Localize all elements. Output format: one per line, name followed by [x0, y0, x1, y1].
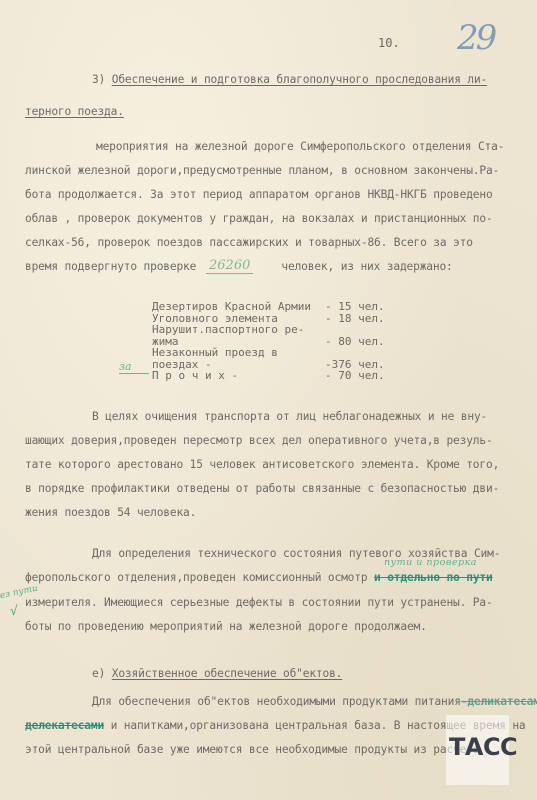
section-e-prefix: е)	[92, 667, 105, 680]
struck-text: -деликатесами	[461, 695, 537, 708]
page-number: 10.	[378, 36, 400, 50]
section-3-title-line1: Обеспечение и подготовка благополучного …	[112, 73, 487, 86]
para1-line: линской железной дороги,предусмотренные …	[25, 164, 499, 178]
para1-line: мероприятия на железной дороге Симферопо…	[96, 140, 504, 154]
para2-line: В целях очищения транспорта от лиц небла…	[92, 410, 487, 424]
para2-line: тате которого арестовано 15 человек анти…	[25, 458, 499, 472]
document-page: 10. 29 3) Обеспечение и подготовка благо…	[0, 0, 537, 800]
para1-last-after: человек, из них задержано:	[281, 260, 452, 273]
struck-text: и отдельно по пути	[374, 571, 493, 584]
para1-line: облав , проверок документов у граждан, н…	[25, 212, 493, 226]
para3-line: измерителя. Имеющиеся серьезные дефекты …	[25, 596, 493, 610]
margin-note-za: за	[119, 360, 149, 374]
para3-line2: феропольского отделения,проведен комисси…	[25, 571, 493, 585]
para1-last-before: время подвергнуто проверке	[25, 260, 196, 273]
para3-line: боты по проведению мероприятий на железн…	[25, 620, 427, 634]
section-3-heading: 3) Обеспечение и подготовка благополучно…	[92, 73, 487, 87]
para2-line: жения поездов 54 человека.	[25, 506, 196, 520]
section-e-line: Для обеспечения об"ектов необходимыми пр…	[92, 695, 537, 709]
section-3-title-line2: терного поезда.	[25, 105, 124, 119]
section-e-heading: е) Хозяйственное обеспечение об"ектов.	[92, 667, 342, 681]
para2-line: в порядке профилактики отведены от работ…	[25, 482, 499, 496]
section-3-prefix: 3)	[92, 73, 105, 86]
section-e-title: Хозяйственное обеспечение об"ектов.	[112, 667, 343, 680]
struck-text: делекатесами	[25, 719, 104, 732]
handwritten-number: 26260	[206, 258, 253, 274]
para2-line: шающих доверия,проведен пересмотр всех д…	[25, 434, 493, 448]
para1-line: селках-56, проверок поездов пассажирских…	[25, 236, 473, 250]
tass-logo: ТАСС	[449, 733, 517, 761]
handwritten-insert: пути и проверка	[384, 557, 477, 568]
check-mark-icon: √	[10, 604, 18, 619]
archive-sheet-number: 29	[457, 18, 494, 58]
para1-line: бота продолжается. За этот период аппара…	[25, 188, 493, 202]
section-e-line: этой центральной базе уже имеются все не…	[25, 743, 479, 757]
